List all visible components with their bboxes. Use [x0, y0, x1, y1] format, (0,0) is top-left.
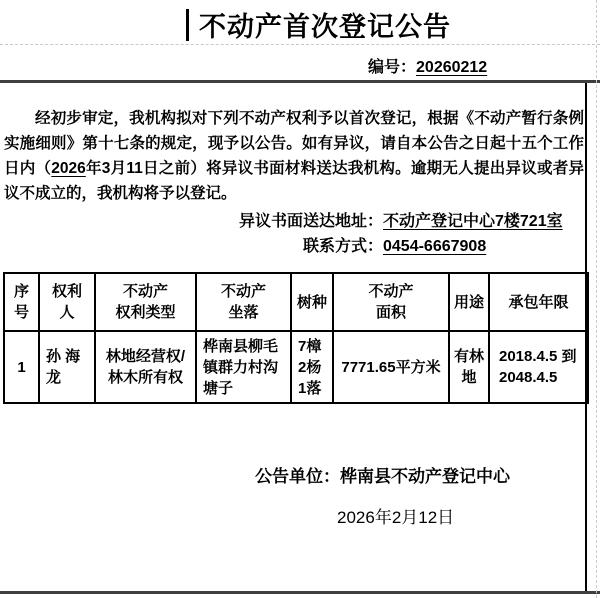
- notice-body-seg3: 年3月11日之前）将异议书面材料送达我机构。逾期无人提出异议或者异议不成立的，我…: [4, 160, 584, 202]
- announcing-unit: 公告单位：桦南县不动产登记中心: [255, 462, 510, 487]
- header-term: 承包年限: [489, 273, 588, 331]
- title-cursor-bar: [186, 9, 189, 41]
- header-species: 树种: [291, 273, 333, 331]
- bottom-rule: [0, 591, 600, 594]
- cell-area: 7771.65平方米: [333, 331, 449, 403]
- doc-number-label: 编号：: [368, 59, 416, 76]
- top-rule: [0, 80, 600, 83]
- phone-label: 联系方式：: [0, 234, 383, 259]
- cell-location: 桦南县柳毛 镇群力村沟 塘子: [196, 331, 291, 403]
- page-edge-guide: [596, 0, 597, 598]
- doc-number-value: 20260212: [416, 59, 487, 76]
- header-right-type: 不动产 权利类型: [95, 273, 196, 331]
- table-header-row: 序 号 权利 人 不动产 权利类型 不动产 坐落 树种 不动产 面积 用途 承包…: [4, 273, 588, 331]
- cell-term: 2018.4.5 到 2048.4.5: [489, 331, 588, 403]
- address-label: 异议书面送达地址：: [0, 209, 383, 234]
- title-row: 不动产首次登记公告: [186, 5, 451, 44]
- notice-body: 经初步审定，我机构拟对下列不动产权利予以首次登记，根据《不动产暂行条例实施细则》…: [4, 106, 584, 206]
- contact-block: 异议书面送达地址： 不动产登记中心7楼721室 联系方式： 0454-66679…: [0, 209, 586, 259]
- cell-seq: 1: [4, 331, 39, 403]
- header-area: 不动产 面积: [333, 273, 449, 331]
- cell-right-type: 林地经营权/ 林木所有权: [95, 331, 196, 403]
- registration-table: 序 号 权利 人 不动产 权利类型 不动产 坐落 树种 不动产 面积 用途 承包…: [3, 272, 589, 404]
- dotted-separator: [0, 44, 600, 45]
- header-usage: 用途: [449, 273, 489, 331]
- announcement-date: 2026年2月12日: [337, 503, 454, 528]
- address-value: 不动产登记中心7楼721室: [383, 209, 586, 234]
- header-seq: 序 号: [4, 273, 39, 331]
- doc-number: 编号：20260212: [368, 54, 487, 77]
- cell-owner: 孙 海 龙: [39, 331, 95, 403]
- cell-species: 7樟 2杨 1落: [291, 331, 333, 403]
- header-location: 不动产 坐落: [196, 273, 291, 331]
- page-title: 不动产首次登记公告: [199, 5, 451, 44]
- table-row: 1 孙 海 龙 林地经营权/ 林木所有权 桦南县柳毛 镇群力村沟 塘子 7樟 2…: [4, 331, 588, 403]
- phone-value: 0454-6667908: [383, 234, 586, 259]
- announcement-document: 不动产首次登记公告 编号：20260212 经初步审定，我机构拟对下列不动产权利…: [0, 0, 600, 598]
- header-owner: 权利 人: [39, 273, 95, 331]
- cell-usage: 有林 地: [449, 331, 489, 403]
- notice-body-year-underlined: 2026: [51, 160, 85, 177]
